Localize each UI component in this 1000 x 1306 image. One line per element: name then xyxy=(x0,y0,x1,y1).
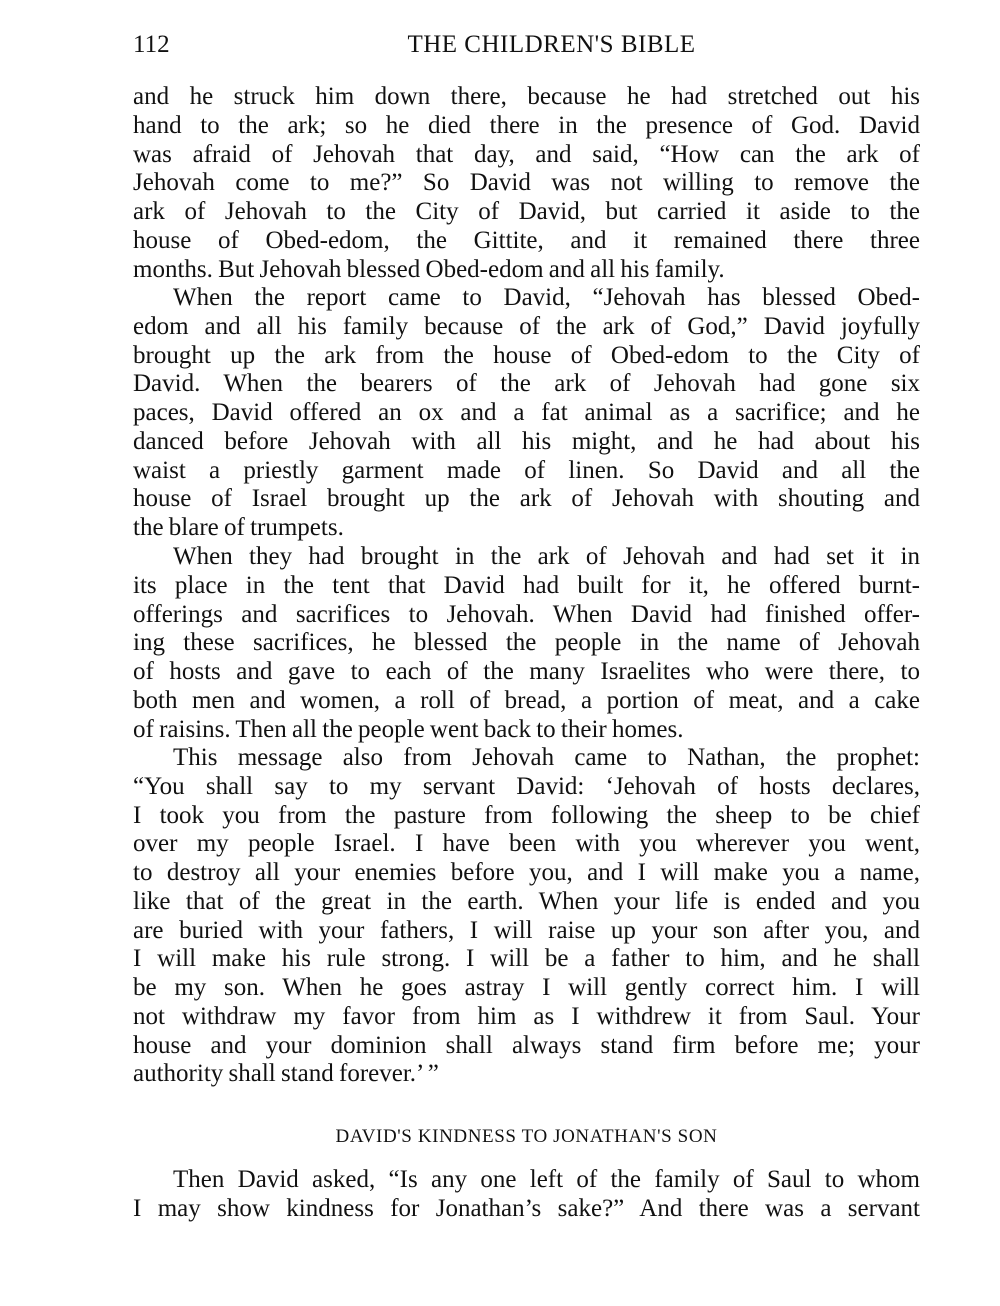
section-paragraph: Then David asked, “Is any one left of th… xyxy=(133,1166,920,1224)
paragraph-2: When the report came to David, “Jehovah … xyxy=(133,284,920,543)
text-line: I took you from the pasture from followi… xyxy=(133,802,920,831)
text-line: house and your dominion shall always sta… xyxy=(133,1032,920,1061)
text-line: house of Israel brought up the ark of Je… xyxy=(133,485,920,514)
text-line: danced before Jehovah with all his might… xyxy=(133,428,920,457)
text-line: I will make his rule strong. I will be a… xyxy=(133,945,920,974)
text-line: When they had brought in the ark of Jeho… xyxy=(133,543,920,572)
text-line: David. When the bearers of the ark of Je… xyxy=(133,370,920,399)
text-line: of raisins. Then all the people went bac… xyxy=(133,716,920,745)
text-line: ing these sacrifices, he blessed the peo… xyxy=(133,629,920,658)
text-line: and he struck him down there, because he… xyxy=(133,83,920,112)
text-line: its place in the tent that David had bui… xyxy=(133,572,920,601)
paragraph-3: When they had brought in the ark of Jeho… xyxy=(133,543,920,744)
text-line: are buried with your fathers, I will rai… xyxy=(133,917,920,946)
text-line: house of Obed-edom, the Gittite, and it … xyxy=(133,227,920,256)
paragraph-4: This message also from Jehovah came to N… xyxy=(133,744,920,1089)
text-line: This message also from Jehovah came to N… xyxy=(133,744,920,773)
text-line: “You shall say to my servant David: ‘Jeh… xyxy=(133,773,920,802)
section-heading: DAVID'S KINDNESS TO JONATHAN'S SON xyxy=(133,1124,920,1150)
text-line: ark of Jehovah to the City of David, but… xyxy=(133,198,920,227)
text-line: hand to the ark; so he died there in the… xyxy=(133,112,920,141)
page-header: 112 THE CHILDREN'S BIBLE xyxy=(133,28,920,62)
text-line: over my people Israel. I have been with … xyxy=(133,830,920,859)
text-line: was afraid of Jehovah that day, and said… xyxy=(133,141,920,170)
text-line: be my son. When he goes astray I will ge… xyxy=(133,974,920,1003)
running-title: THE CHILDREN'S BIBLE xyxy=(133,28,920,62)
text-line: like that of the great in the earth. Whe… xyxy=(133,888,920,917)
text-line: brought up the ark from the house of Obe… xyxy=(133,342,920,371)
text-line: authority shall stand forever.’ ” xyxy=(133,1060,920,1089)
text-line: months. But Jehovah blessed Obed-edom an… xyxy=(133,256,920,285)
text-line: waist a priestly garment made of linen. … xyxy=(133,457,920,486)
text-line: paces, David offered an ox and a fat ani… xyxy=(133,399,920,428)
text-line: of hosts and gave to each of the many Is… xyxy=(133,658,920,687)
text-line: When the report came to David, “Jehovah … xyxy=(133,284,920,313)
text-line: not withdraw my favor from him as I with… xyxy=(133,1003,920,1032)
text-line: offerings and sacrifices to Jehovah. Whe… xyxy=(133,601,920,630)
text-line: both men and women, a roll of bread, a p… xyxy=(133,687,920,716)
text-line: the blare of trumpets. xyxy=(133,514,920,543)
text-line: Then David asked, “Is any one left of th… xyxy=(133,1166,920,1195)
paragraph-1: and he struck him down there, because he… xyxy=(133,83,920,284)
text-line: edom and all his family because of the a… xyxy=(133,313,920,342)
text-line: Jehovah come to me?” So David was not wi… xyxy=(133,169,920,198)
text-line: to destroy all your enemies before you, … xyxy=(133,859,920,888)
text-line: I may show kindness for Jonathan’s sake?… xyxy=(133,1195,920,1224)
